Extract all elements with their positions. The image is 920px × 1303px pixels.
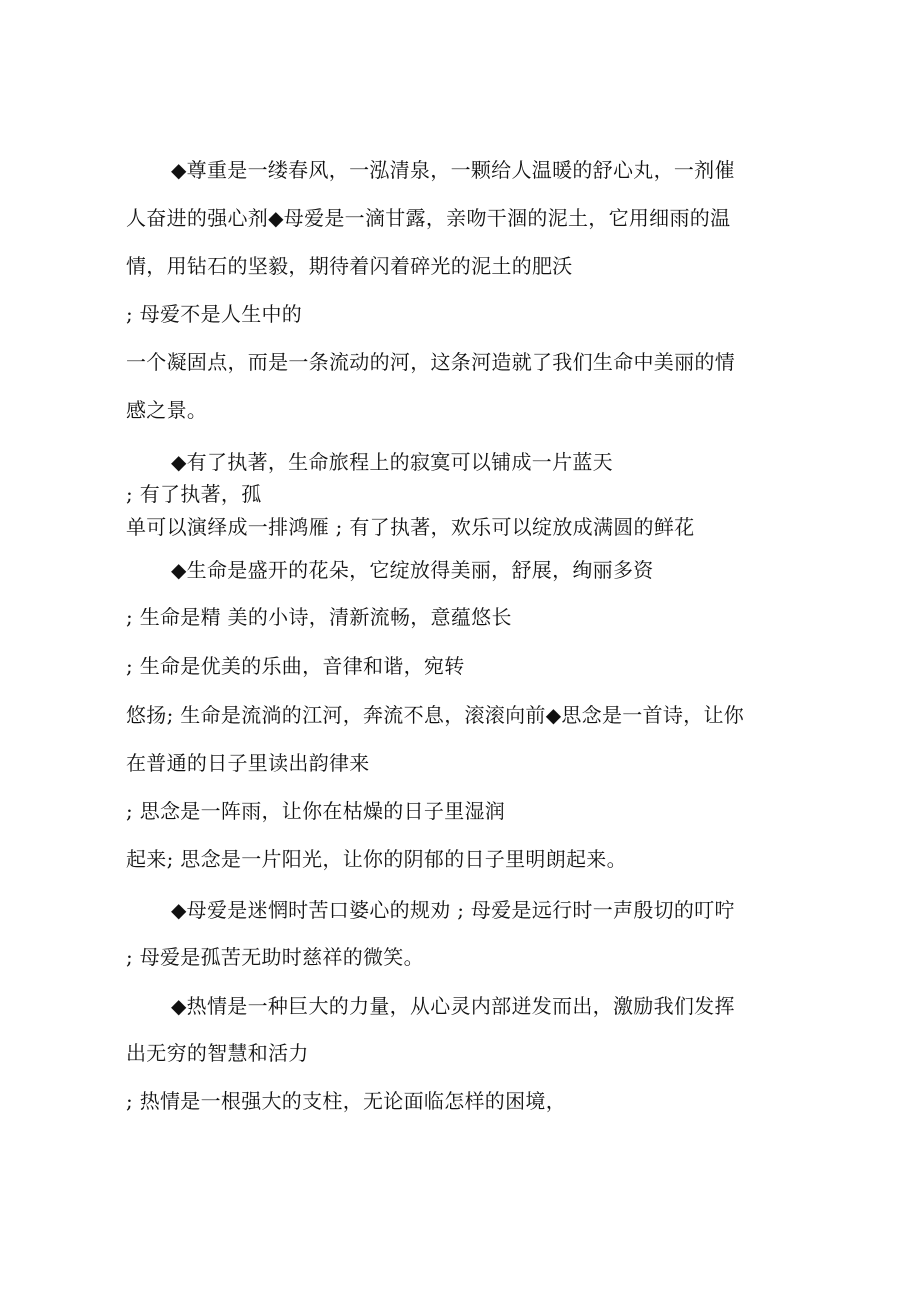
text-line: ◆尊重是一缕春风，一泓清泉，一颗给人温暖的舒心丸，一剂催 xyxy=(171,158,735,182)
text-line: ; 思念是一阵雨，让你在枯燥的日子里湿润 xyxy=(126,799,505,823)
text-line: 出无穷的智慧和活力 xyxy=(126,1041,309,1065)
text-line: ◆母爱是迷惘时苦口婆心的规劝 ; 母爱是远行时一声殷切的叮咛 xyxy=(171,898,735,922)
text-line: 起来; 思念是一片阳光，让你的阴郁的日子里明朗起来。 xyxy=(126,847,627,871)
text-line: 单可以演绎成一排鸿雁 ; 有了执著，欢乐可以绽放成满圆的鲜花 xyxy=(126,515,694,539)
text-line: 在普通的日子里读出韵律来 xyxy=(126,751,370,775)
text-line: ; 母爱不是人生中的 xyxy=(126,302,302,326)
text-line: 悠扬; 生命是流淌的江河，奔流不息，滚滚向前◆思念是一首诗，让你 xyxy=(126,703,744,727)
text-line: 情，用钻石的坚毅，期待着闪着碎光的泥土的肥沃 xyxy=(126,254,573,278)
text-line: ; 生命是优美的乐曲，音律和谐，宛转 xyxy=(126,654,465,678)
text-line: ; 母爱是孤苦无助时慈祥的微笑。 xyxy=(126,945,424,969)
text-line: 一个凝固点，而是一条流动的河，这条河造就了我们生命中美丽的情 xyxy=(126,350,735,374)
text-line: ◆有了执著，生命旅程上的寂寞可以铺成一片蓝天 xyxy=(171,450,613,474)
text-line: ◆热情是一种巨大的力量，从心灵内部迸发而出，激励我们发挥 xyxy=(171,994,735,1018)
text-line: ◆生命是盛开的花朵，它绽放得美丽，舒展，绚丽多资 xyxy=(171,558,654,582)
document-page: ◆尊重是一缕春风，一泓清泉，一颗给人温暖的舒心丸，一剂催 人奋进的强心剂◆母爱是… xyxy=(0,0,920,1303)
text-line: ; 热情是一根强大的支柱，无论面临怎样的困境， xyxy=(126,1089,566,1113)
text-line: 感之景。 xyxy=(126,398,207,422)
text-line: ; 生命是精 美的小诗，清新流畅，意蕴悠长 xyxy=(126,605,512,629)
text-line: ; 有了执著，孤 xyxy=(126,482,262,506)
text-line: 人奋进的强心剂◆母爱是一滴甘露，亲吻干涸的泥土，它用细雨的温 xyxy=(126,206,730,230)
